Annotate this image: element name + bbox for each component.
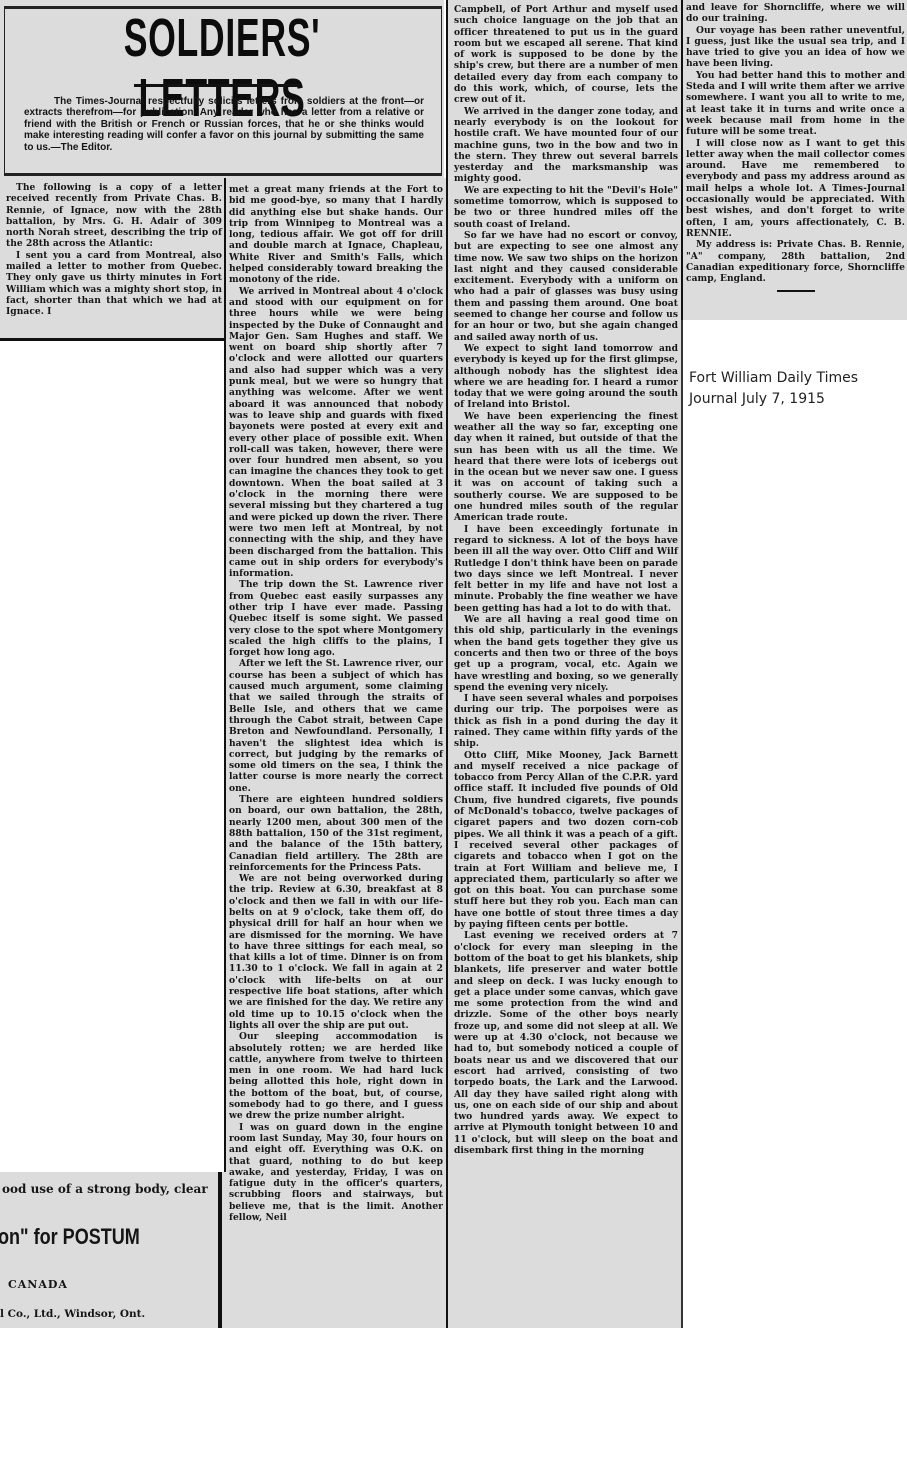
paragraph: We are not being overworked during the t… [229,873,443,1031]
headline-rule [134,84,300,87]
column-divider [681,320,683,1328]
paragraph: We are expecting to hit the "Devil's Hol… [454,185,678,230]
ad-headline: on" for POSTUM [0,1224,140,1250]
paragraph: I was on guard down in the engine room l… [229,1122,443,1224]
ad-text: l Co., Ltd., Windsor, Ont. [0,1308,145,1320]
article-end-rule [777,290,815,292]
ad-border [218,1172,222,1328]
paragraph: I have seen several whales and porpoises… [454,693,678,749]
editor-note-text: The Times-Journal respectfully solicits … [24,96,424,153]
paragraph: You had better hand this to mother and S… [686,70,905,138]
paragraph: Otto Cliff, Mike Mooney, Jack Barnett an… [454,750,678,931]
column-2: met a great many friends at the Fort to … [224,178,446,1328]
source-caption: Fort William Daily Times Journal July 7,… [689,368,899,410]
caption-line: Fort William Daily Times [689,368,899,389]
paragraph: So far we have had no escort or convoy, … [454,230,678,343]
column-3: Campbell, of Port Arthur and myself used… [446,0,682,1328]
paragraph: met a great many friends at the Fort to … [229,184,443,286]
column-1: The following is a copy of a letter rece… [0,178,226,338]
ad-text: ood use of a strong body, clear [2,1182,208,1196]
paragraph: After we left the St. Lawrence river, ou… [229,658,443,794]
article-header: SOLDIERS' LETTERS The Times-Journal resp… [0,0,444,178]
paragraph: We have been experiencing the finest wea… [454,411,678,524]
paragraph: I sent you a card from Montreal, also ma… [6,250,222,318]
paragraph: The following is a copy of a letter rece… [6,182,222,250]
paragraph: Our voyage has been rather uneventful, I… [686,25,905,70]
postum-advertisement: ood use of a strong body, clear on" for … [0,1172,226,1328]
paragraph: Our sleeping accommodation is absolutely… [229,1031,443,1121]
paragraph: My address is: Private Chas. B. Rennie, … [686,239,905,284]
paragraph: We arrived in Montreal about 4 o'clock a… [229,286,443,580]
column-divider [446,0,448,1328]
paragraph: I have been exceedingly fortunate in reg… [454,524,678,614]
editor-note: The Times-Journal respectfully solicits … [24,96,424,153]
column-4: and leave for Shorncliffe, where we will… [682,0,907,320]
paragraph: The trip down the St. Lawrence river fro… [229,579,443,658]
paragraph: Campbell, of Port Arthur and myself used… [454,4,678,106]
paragraph: We are all having a real good time on th… [454,614,678,693]
column-end-rule [0,338,224,341]
column-divider [224,178,226,1328]
paragraph: There are eighteen hundred soldiers on b… [229,794,443,873]
paragraph: We expect to sight land tomorrow and eve… [454,343,678,411]
paragraph: I will close now as I want to get this l… [686,138,905,240]
paragraph: and leave for Shorncliffe, where we will… [686,2,905,25]
column-divider [681,0,683,320]
caption-line: Journal July 7, 1915 [689,389,899,410]
paragraph: Last evening we received orders at 7 o'c… [454,930,678,1156]
paragraph: We arrived in the danger zone today, and… [454,106,678,185]
ad-text: CANADA [8,1278,68,1291]
